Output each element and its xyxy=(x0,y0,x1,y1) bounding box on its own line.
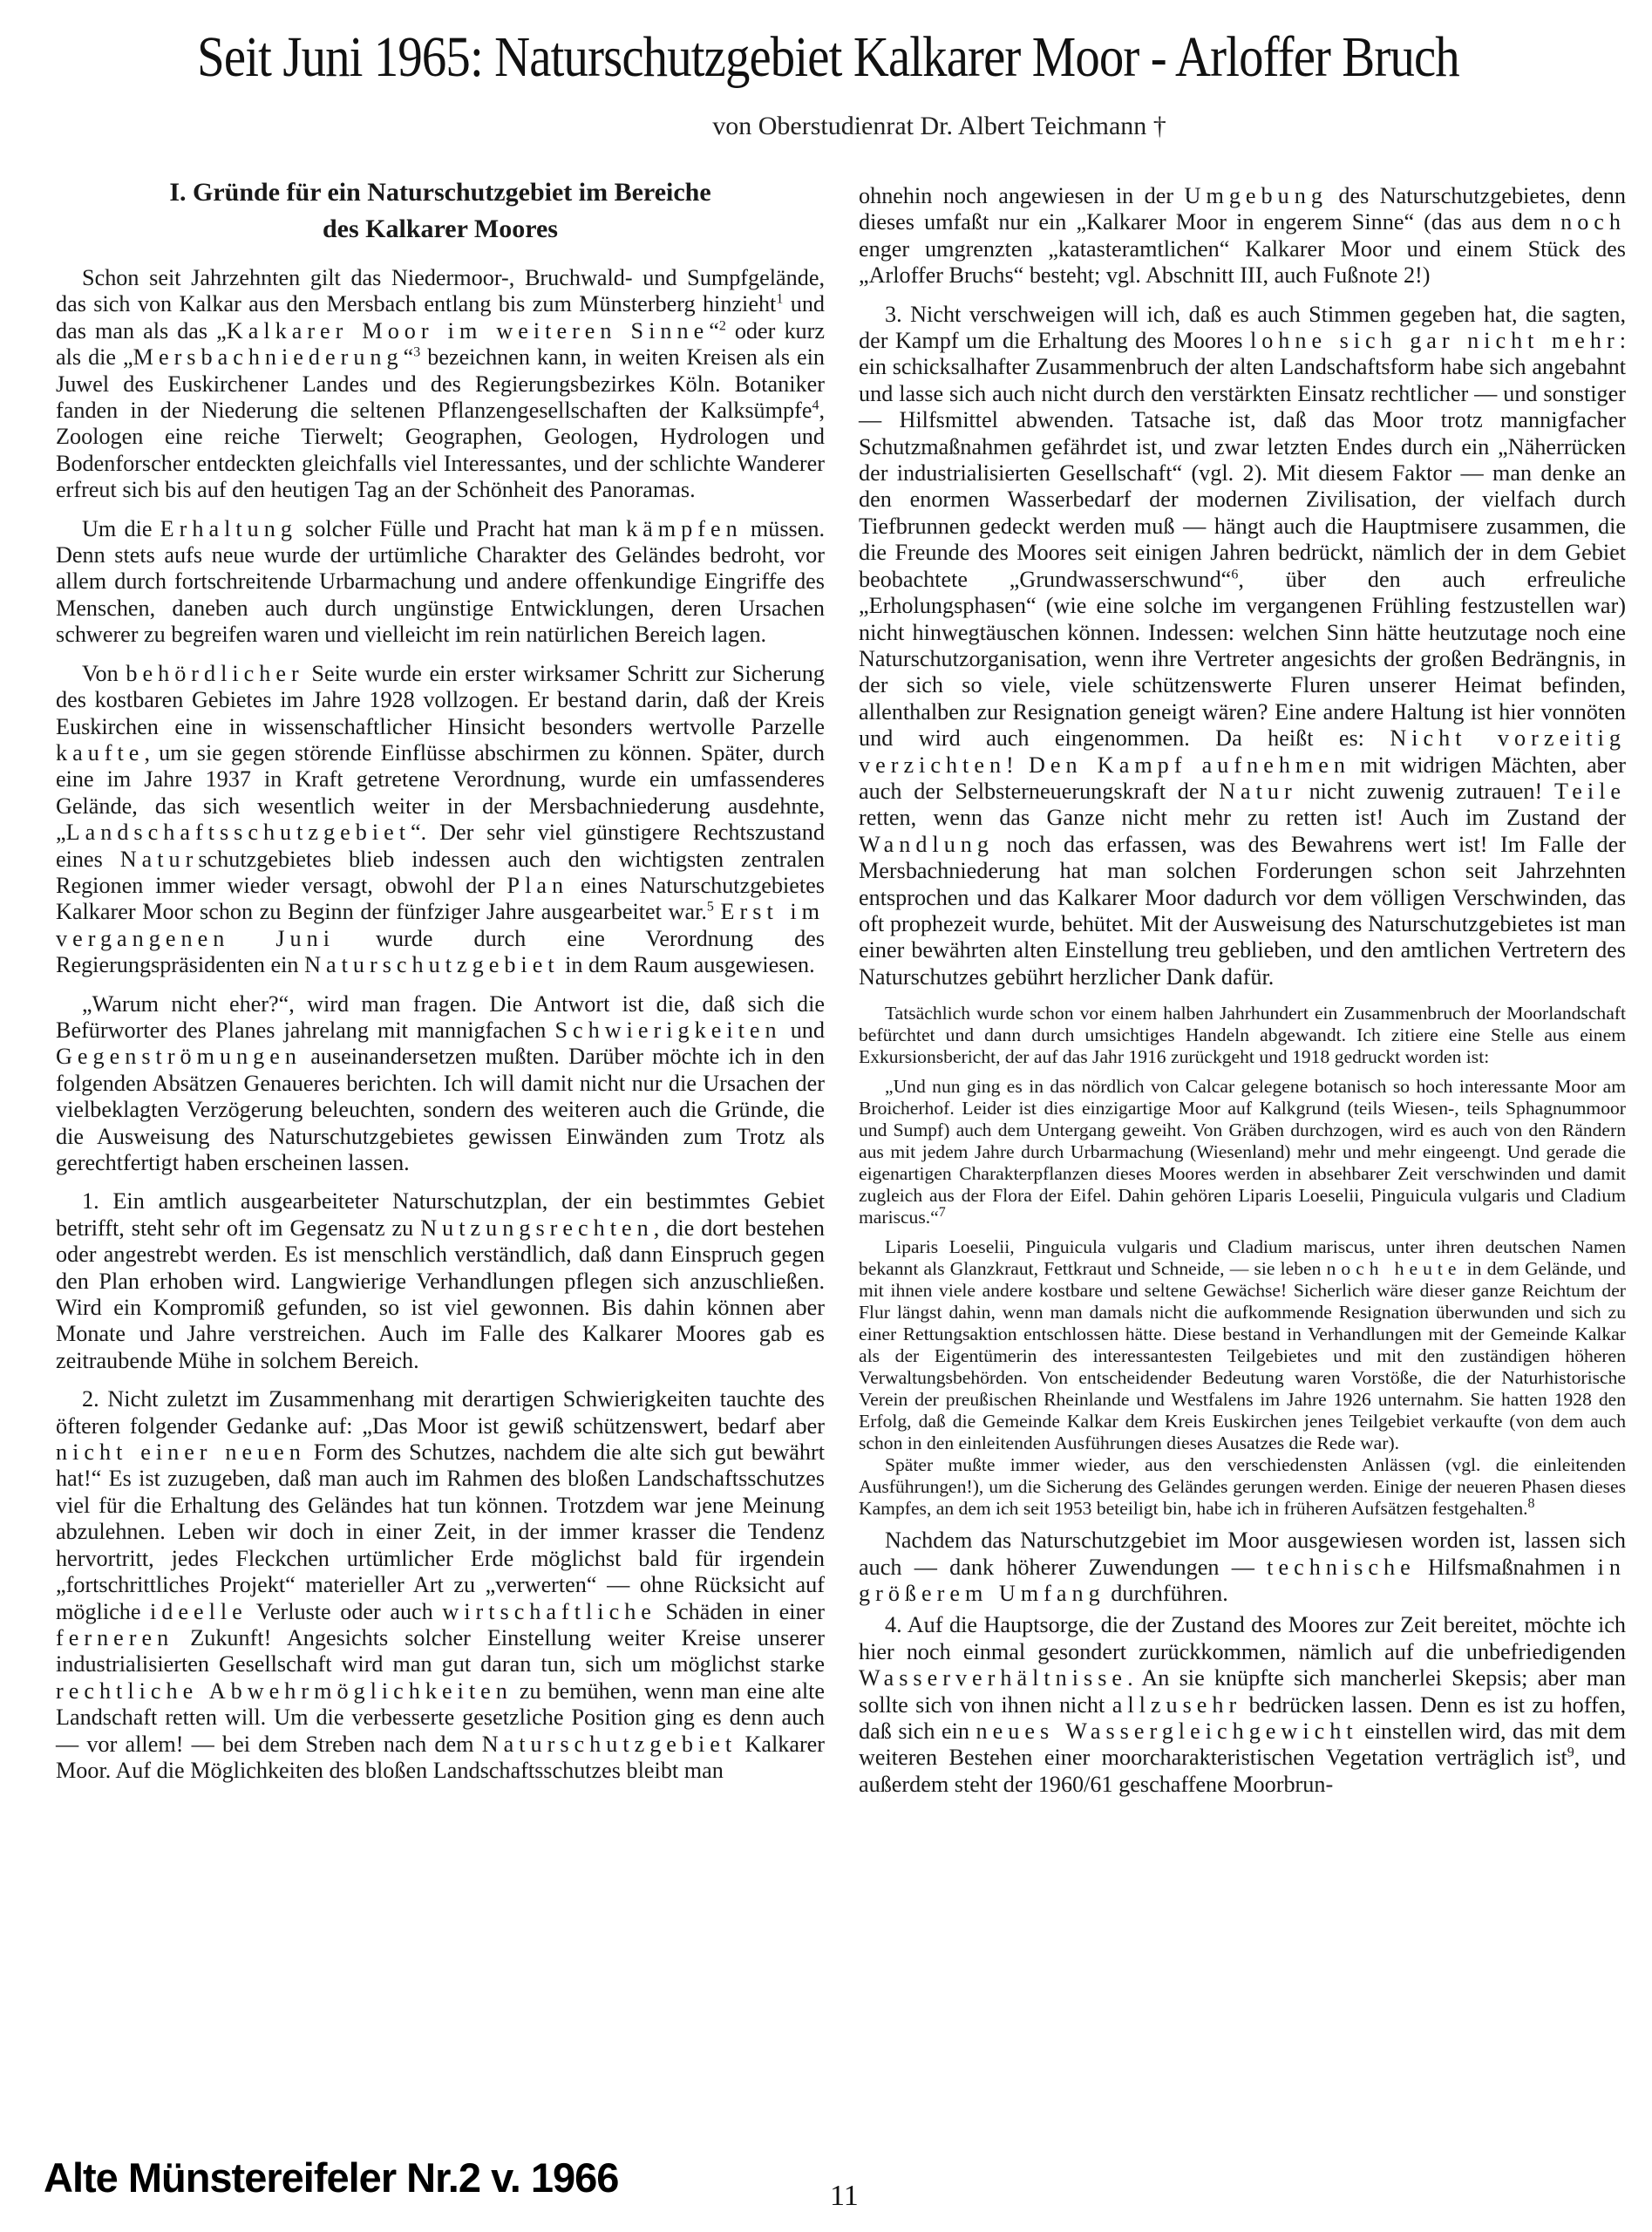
block-quote-1918: „Und nun ging es in das nördlich von Cal… xyxy=(859,1076,1626,1228)
paragraph-point-1: 1. Ein amtlich ausgearbeiteter Naturschu… xyxy=(56,1188,825,1374)
small-print-excursus: Tatsächlich wurde schon vor einem halben… xyxy=(859,1003,1626,1520)
right-column: ohnehin noch angewiesen in der Umgebung … xyxy=(859,183,1626,1810)
publication-label: Alte Münstereifeler Nr.2 v. 1966 xyxy=(44,2154,618,2201)
small-paragraph-intro: Tatsächlich wurde schon vor einem halben… xyxy=(859,1003,1626,1068)
paragraph-warum: „Warum nicht eher?“, wird man fragen. Di… xyxy=(56,991,825,1177)
paragraph-point-2: 2. Nicht zuletzt im Zusammenhang mit der… xyxy=(56,1386,825,1784)
article-title: Seit Juni 1965: Naturschutzgebiet Kalkar… xyxy=(131,24,1526,91)
footnote-ref: 7 xyxy=(939,1205,946,1220)
paragraph-continued: ohnehin noch angewiesen in der Umgebung … xyxy=(859,183,1626,289)
left-column: I. Gründe für ein Naturschutzgebiet im B… xyxy=(56,174,825,1796)
small-paragraph-later: Später mußte immer wieder, aus den versc… xyxy=(859,1454,1626,1520)
paragraph-intro: Schon seit Jahrzehnten gilt das Niedermo… xyxy=(56,265,825,504)
footnote-ref: 5 xyxy=(707,900,714,915)
small-paragraph-plants: Liparis Loeselii, Pinguicula vulgaris un… xyxy=(859,1236,1626,1454)
section-heading: I. Gründe für ein Naturschutzgebiet im B… xyxy=(56,174,825,248)
paragraph-point-3: 3. Nicht verschweigen will ich, daß es a… xyxy=(859,302,1626,991)
footnote-ref: 8 xyxy=(1528,1496,1535,1511)
page-number: 11 xyxy=(830,2180,859,2213)
section-heading-line-2: des Kalkarer Moores xyxy=(56,211,825,248)
paragraph-behoerdlich: Von behördlicher Seite wurde ein erster … xyxy=(56,661,825,979)
paragraph-erhaltung: Um die Erhaltung solcher Fülle und Prach… xyxy=(56,516,825,649)
footnote-ref: 2 xyxy=(719,318,726,333)
section-heading-line-1: I. Gründe für ein Naturschutzgebiet im B… xyxy=(56,174,825,211)
paragraph-technical-measures: Nachdem das Naturschutzgebiet im Moor au… xyxy=(859,1528,1626,1607)
paragraph-point-4: 4. Auf die Hauptsorge, die der Zustand d… xyxy=(859,1612,1626,1798)
footnote-ref: 9 xyxy=(1567,1745,1574,1760)
author-byline: von Oberstudienrat Dr. Albert Teichmann … xyxy=(0,112,1652,141)
